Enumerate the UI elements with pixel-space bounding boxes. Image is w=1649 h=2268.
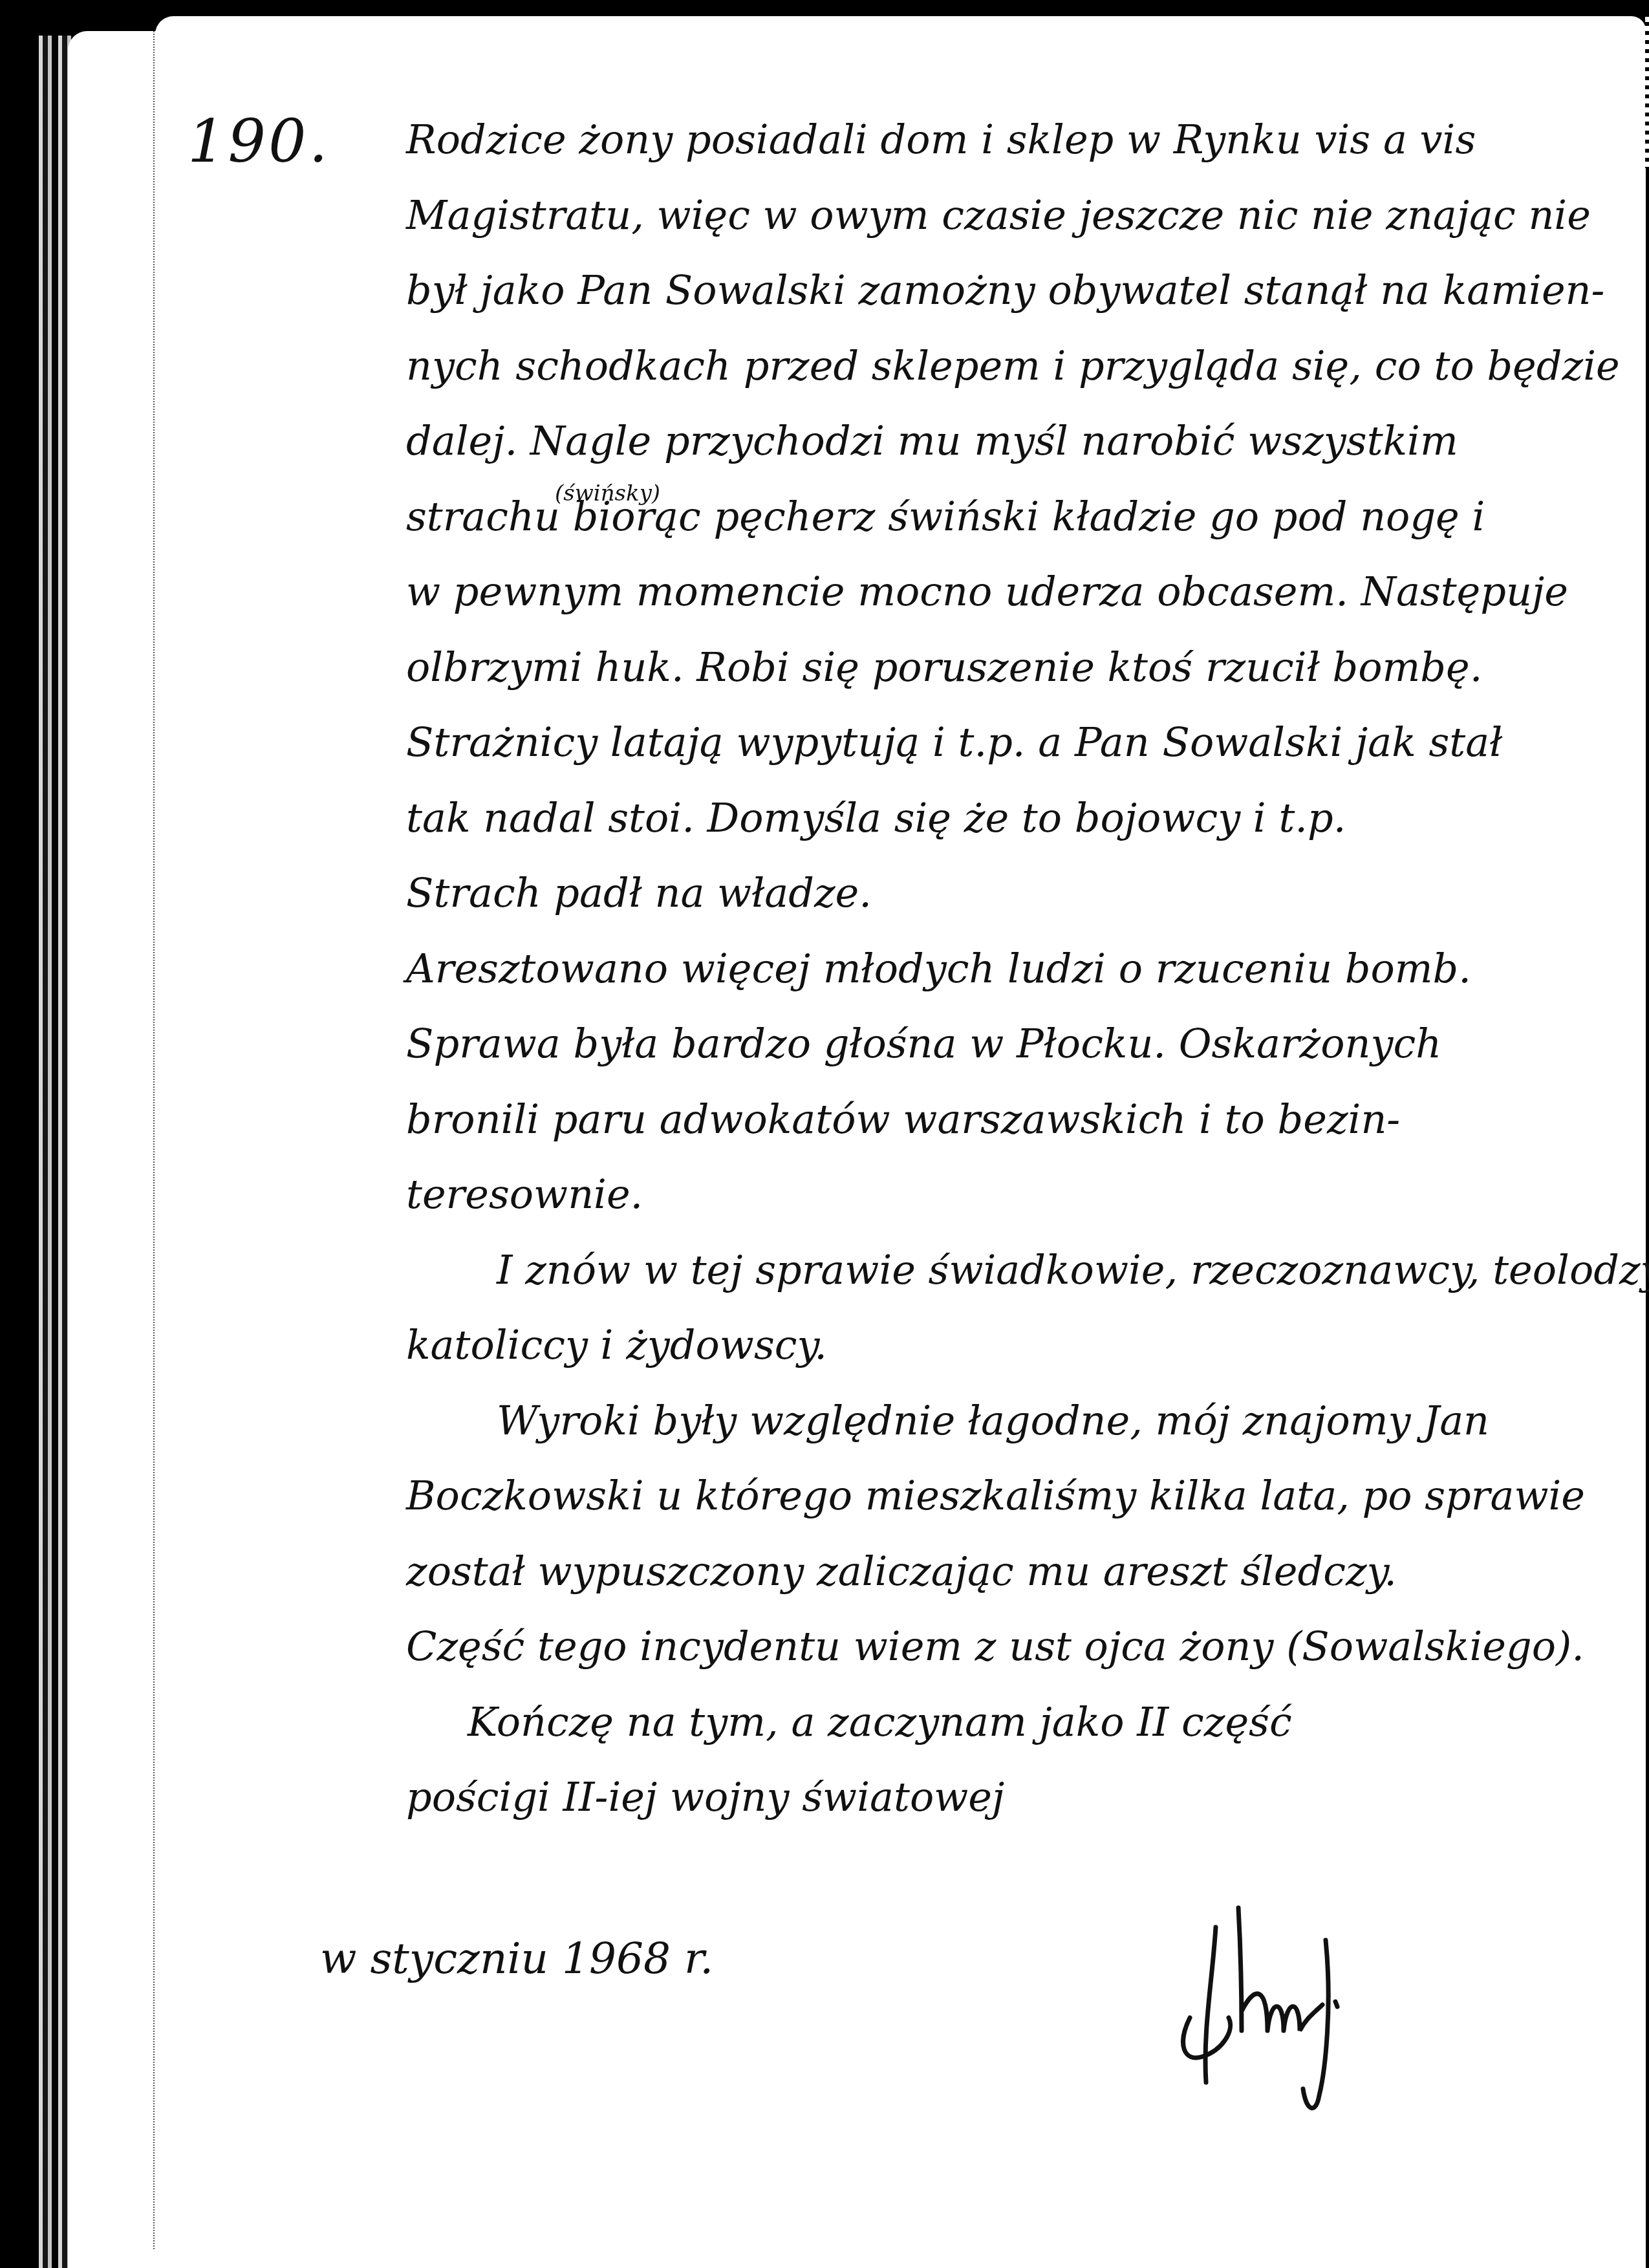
text-line: został wypuszczony zaliczając mu areszt … xyxy=(406,1534,1609,1610)
text-line: Sprawa była bardzo głośna w Płocku. Oska… xyxy=(406,1006,1609,1082)
page-fold-line xyxy=(153,31,155,2249)
text-line: Strach padł na władze. xyxy=(406,856,1609,931)
text-line: bronili paru adwokatów warszawskich i to… xyxy=(406,1082,1609,1158)
text-line: był jako Pan Sowalski zamożny obywatel s… xyxy=(406,253,1609,329)
text-line: Strażnicy latają wypytują i t.p. a Pan S… xyxy=(406,705,1609,781)
text-line: Wyroki były względnie łagodne, mój znajo… xyxy=(406,1383,1609,1459)
text-line: teresownie. xyxy=(406,1157,1609,1233)
text-line: w pewnym momencie mocno uderza obcasem. … xyxy=(406,554,1609,630)
text-line: pościgi II-iej wojny światowej xyxy=(406,1760,1609,1835)
text-line: katoliccy i żydowscy. xyxy=(406,1308,1609,1383)
page-right-edge xyxy=(1645,13,1649,168)
text-line: tak nadal stoi. Domyśla się że to bojowc… xyxy=(406,781,1609,856)
text-line: Rodzice żony posiadali dom i sklep w Ryn… xyxy=(406,102,1609,178)
text-line: nych schodkach przed sklepem i przygląda… xyxy=(406,329,1609,404)
page-number: 190. xyxy=(188,107,330,176)
text-line: olbrzymi huk. Robi się poruszenie ktoś r… xyxy=(406,630,1609,706)
text-line: Magistratu, więc w owym czasie jeszcze n… xyxy=(406,178,1609,254)
text-line: Boczkowski u którego mieszkaliśmy kilka … xyxy=(406,1458,1609,1534)
text-line: Kończę na tym, a zaczynam jako II część xyxy=(406,1685,1609,1760)
text-line: Część tego incydentu wiem z ust ojca żon… xyxy=(406,1609,1609,1685)
handwritten-body: Rodzice żony posiadali dom i sklep w Ryn… xyxy=(406,102,1609,1835)
text-line-with-insertion: (świńsky) strachu biorąc pęcherz świński… xyxy=(406,479,1609,555)
handwritten-signature xyxy=(1177,1901,1410,2121)
date-line: w styczniu 1968 r. xyxy=(320,1934,713,1983)
text-line: Aresztowano więcej młodych ludzi o rzuce… xyxy=(406,931,1609,1007)
text-line: I znów w tej sprawie świadkowie, rzeczoz… xyxy=(406,1233,1609,1308)
interlinear-insertion: (świńsky) xyxy=(555,456,660,532)
